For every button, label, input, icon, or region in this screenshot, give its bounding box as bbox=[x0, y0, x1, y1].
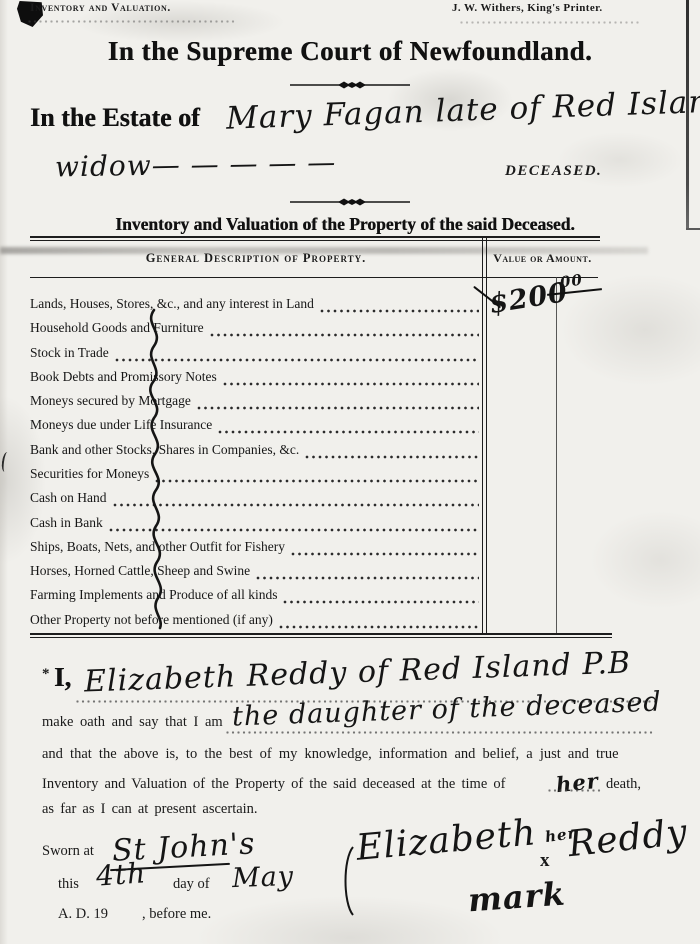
day-handwritten: 4th bbox=[95, 856, 147, 892]
oath-body-line2a: Inventory and Valuation of the Property … bbox=[42, 776, 505, 793]
this-label: this bbox=[58, 876, 79, 893]
estate-name-handwritten: Mary Fagan late of Red Island bbox=[226, 83, 700, 137]
row-label: Cash on Hand bbox=[30, 490, 107, 506]
dotted-leader bbox=[197, 406, 479, 410]
table-row: Cash on Hand bbox=[30, 490, 482, 510]
row-label: Cash in Bank bbox=[30, 515, 103, 531]
dotted-leader bbox=[223, 382, 479, 386]
table-row: Book Debts and Promissory Notes bbox=[30, 369, 482, 389]
signature-mark-label: mark bbox=[467, 875, 567, 920]
value-dollars-handwritten: $200 bbox=[487, 277, 570, 320]
relationship-handwritten: the daughter of the deceased bbox=[232, 687, 663, 733]
oath-line2-dots bbox=[226, 731, 654, 734]
cents-divider-rule bbox=[556, 277, 557, 635]
oath-i-label: I, bbox=[54, 662, 71, 693]
table-row: Securities for Moneys bbox=[30, 466, 482, 486]
oath-asterisk: * bbox=[42, 666, 50, 683]
oath-body-line1: and that the above is, to the best of my… bbox=[42, 746, 619, 763]
table-bottom-rule2 bbox=[30, 637, 612, 638]
dotted-leader bbox=[218, 430, 479, 434]
col1-header: General Description of Property. bbox=[30, 251, 482, 266]
oath-body-line2b: death, bbox=[606, 776, 641, 793]
row-label: Moneys due under Life Insurance bbox=[30, 417, 212, 433]
table-row: Stock in Trade bbox=[30, 345, 482, 365]
month-handwritten: May bbox=[231, 861, 294, 894]
document-page: Inventory and Valuation. J. W. Withers, … bbox=[0, 0, 700, 944]
page-title: In the Supreme Court of Newfoundland. bbox=[0, 36, 700, 67]
table-row: Ships, Boats, Nets, and other Outfit for… bbox=[30, 539, 482, 559]
signature-last-name: Reddy bbox=[566, 812, 689, 865]
header-left-label: Inventory and Valuation. bbox=[30, 2, 171, 14]
table-header-underline bbox=[30, 277, 598, 278]
dotted-leader bbox=[291, 552, 479, 556]
value-cents-handwritten: 00 bbox=[559, 270, 584, 291]
pen-squiggle bbox=[138, 308, 178, 630]
table-row: Other Property not before mentioned (if … bbox=[30, 612, 482, 632]
dotted-leader bbox=[320, 309, 479, 313]
table-row: Cash in Bank bbox=[30, 515, 482, 535]
before-me-label: , before me. bbox=[142, 906, 211, 923]
dotted-leader bbox=[210, 333, 479, 337]
table-row: Household Goods and Furniture bbox=[30, 320, 482, 340]
signature-first-name: Elizabeth bbox=[355, 812, 539, 869]
table-title: Inventory and Valuation of the Property … bbox=[0, 214, 690, 235]
table-top-rule2 bbox=[30, 240, 600, 241]
divider-ornament bbox=[290, 197, 410, 207]
table-row: Moneys secured by Mortgage bbox=[30, 393, 482, 413]
oath-body-line3: as far as I can at present ascertain. bbox=[42, 801, 258, 818]
row-label: Book Debts and Promissory Notes bbox=[30, 369, 217, 385]
pronoun-handwritten: her bbox=[555, 768, 600, 797]
table-row: Lands, Houses, Stores, &c., and any inte… bbox=[30, 296, 482, 316]
sworn-at-label: Sworn at bbox=[42, 843, 94, 860]
signature-bracket bbox=[340, 845, 356, 917]
dotted-leader bbox=[283, 600, 479, 604]
table-row: Moneys due under Life Insurance bbox=[30, 417, 482, 437]
dotted-leader bbox=[256, 576, 479, 580]
table-row: Bank and other Stocks, Shares in Compani… bbox=[30, 442, 482, 462]
signature-x-mark: x bbox=[540, 850, 550, 872]
deceased-label: DECEASED. bbox=[505, 163, 602, 180]
header-right-underline bbox=[460, 21, 640, 24]
dotted-leader bbox=[155, 479, 479, 483]
day-of-label: day of bbox=[173, 876, 210, 893]
row-label: Stock in Trade bbox=[30, 345, 109, 361]
col2-header: Value or Amount. bbox=[487, 251, 598, 266]
dotted-leader bbox=[305, 455, 479, 459]
make-oath-label: make oath and say that I am bbox=[42, 714, 223, 731]
table-row: Horses, Horned Cattle, Sheep and Swine bbox=[30, 563, 482, 583]
ad-label: A. D. 19 bbox=[58, 906, 108, 923]
table-bottom-rule bbox=[30, 633, 612, 635]
header-left-underline bbox=[28, 20, 236, 23]
estate-label: In the Estate of bbox=[30, 103, 200, 133]
estate-name-handwritten-line2: widow— — — — — bbox=[55, 146, 337, 184]
header-right-label: J. W. Withers, King's Printer. bbox=[452, 2, 603, 14]
dotted-leader bbox=[279, 625, 479, 629]
table-row: Farming Implements and Produce of all ki… bbox=[30, 587, 482, 607]
table-top-rule bbox=[30, 236, 600, 238]
pronoun-dots bbox=[548, 789, 602, 792]
divider-ornament bbox=[290, 80, 410, 90]
row-label: Securities for Moneys bbox=[30, 466, 149, 482]
stray-mark bbox=[1, 452, 12, 473]
